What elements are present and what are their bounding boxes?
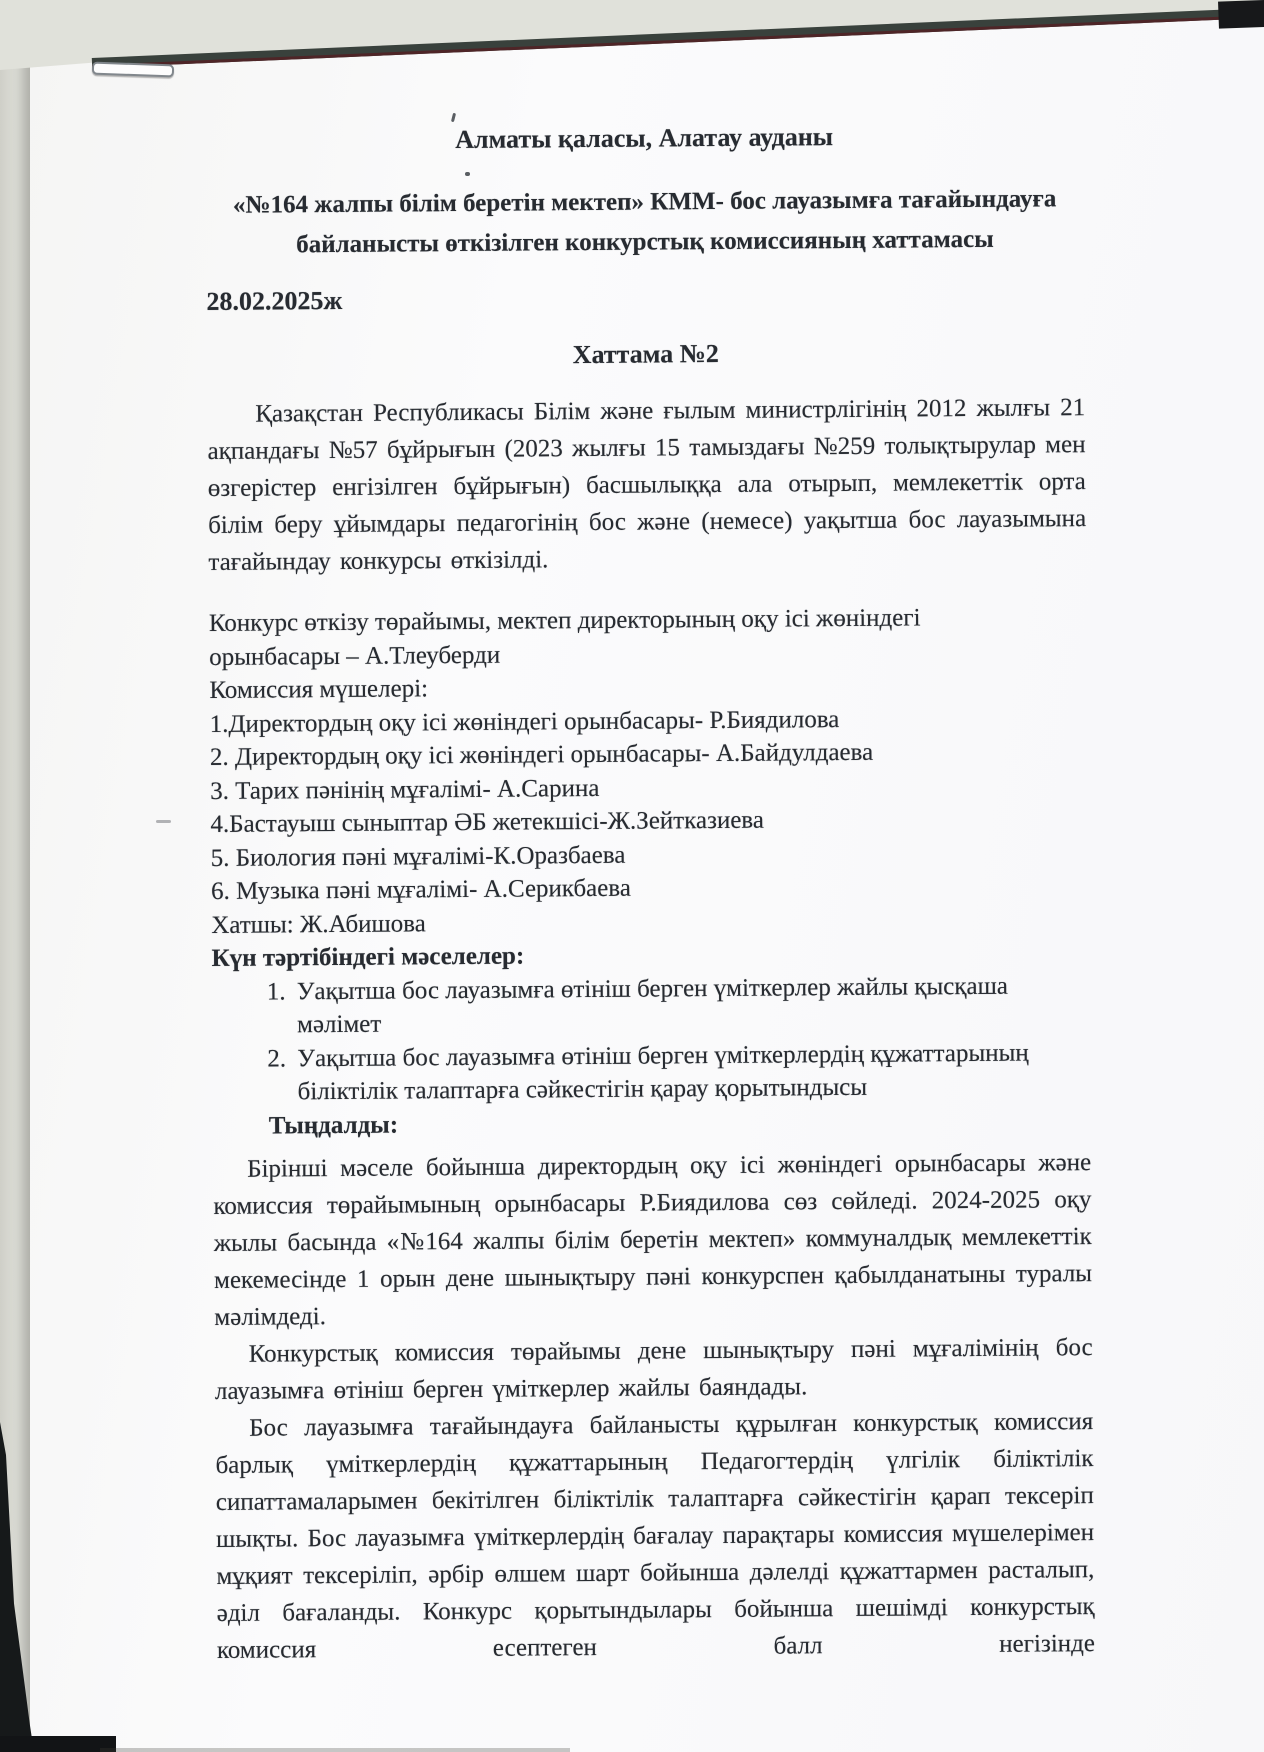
document-date: 28.02.2025ж: [206, 279, 1084, 318]
document-text: Алматы қаласы, Алатау ауданы «№164 жалпы…: [205, 119, 1095, 1669]
commission-chair-line: Конкурс өткізу төрайымы, мектеп директор…: [209, 601, 982, 674]
intro-paragraph: Қазақстан Республикасы Білім және ғылым …: [207, 389, 1086, 581]
scan-bottom-edge-mark: [0, 1736, 116, 1752]
body-paragraph: Бірінші мәселе бойынша директордың оқу і…: [213, 1144, 1092, 1336]
scan-speck: [156, 820, 171, 823]
body-paragraph: Бос лауазымға тағайындауға байланысты құ…: [215, 1403, 1095, 1669]
agenda-item: Уақытша бос лауазымға өтініш берген үміт…: [292, 969, 1091, 1042]
document-title: «№164 жалпы білім беретін мектеп» КММ- б…: [205, 179, 1084, 266]
scanned-document: Алматы қаласы, Алатау ауданы «№164 жалпы…: [0, 0, 1264, 1752]
location-header: Алматы қаласы, Алатау ауданы: [205, 119, 1083, 158]
scan-bottom-smear: [100, 1748, 570, 1752]
agenda-item: Уақытша бос лауазымға өтініш берген үміт…: [292, 1036, 1091, 1109]
heard-heading: Тыңдалды:: [269, 1103, 1091, 1143]
protocol-number: Хаттама №2: [207, 335, 1085, 374]
body-paragraph: Конкурстық комиссия төрайымы дене шынықт…: [215, 1329, 1094, 1410]
scan-corner-mark: [1218, 0, 1264, 29]
agenda-list: Уақытша бос лауазымға өтініш берген үміт…: [212, 969, 1091, 1110]
